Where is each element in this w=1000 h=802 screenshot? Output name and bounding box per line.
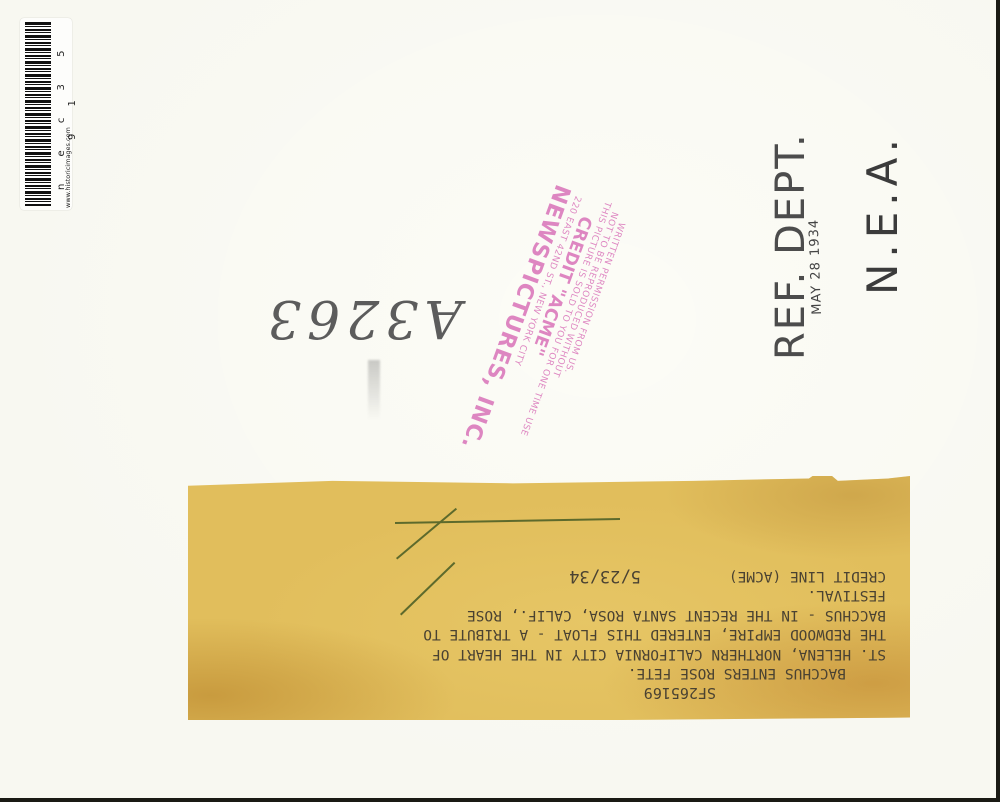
caption-body-line: THE REDWOOD EMPIRE, ENTERED THIS FLOAT -… — [206, 624, 906, 644]
caption-body-line: FESTIVAL. — [206, 585, 906, 605]
caption-text-block: SF265169 BACCHUS ENTERS ROSE FETE. ST. H… — [188, 476, 910, 720]
barcode-icon — [25, 22, 51, 206]
caption-body-line: ST. HELENA, NORTHERN CALIFORNIA CITY IN … — [206, 644, 906, 664]
pencil-smudge — [368, 360, 380, 420]
photo-back: n e c 3 5 9 1 www.historicimages.com NEW… — [0, 0, 996, 798]
caption-title: BACCHUS ENTERS ROSE FETE. — [206, 663, 906, 683]
received-date-stamp: MAY 28 1934 — [807, 219, 825, 315]
credit-line: CREDIT LINE (ACME) — [729, 566, 886, 586]
nea-stamp: N.E.A. — [858, 133, 907, 295]
caption-slip: SF265169 BACCHUS ENTERS ROSE FETE. ST. H… — [188, 476, 910, 720]
handwritten-archive-number: A3263 — [262, 288, 462, 348]
reference-dept-stamp: REF. DEPT. MAY 28 1934 — [760, 60, 850, 360]
barcode-sticker: n e c 3 5 9 1 www.historicimages.com — [20, 18, 72, 210]
caption-date: 5/23/34 — [569, 566, 641, 586]
caption-body-line: BACCHUS - IN THE RECENT SANTA ROSA, CALI… — [206, 605, 906, 625]
caption-id: SF265169 — [206, 683, 906, 703]
barcode-website: www.historicimages.com — [64, 28, 72, 208]
